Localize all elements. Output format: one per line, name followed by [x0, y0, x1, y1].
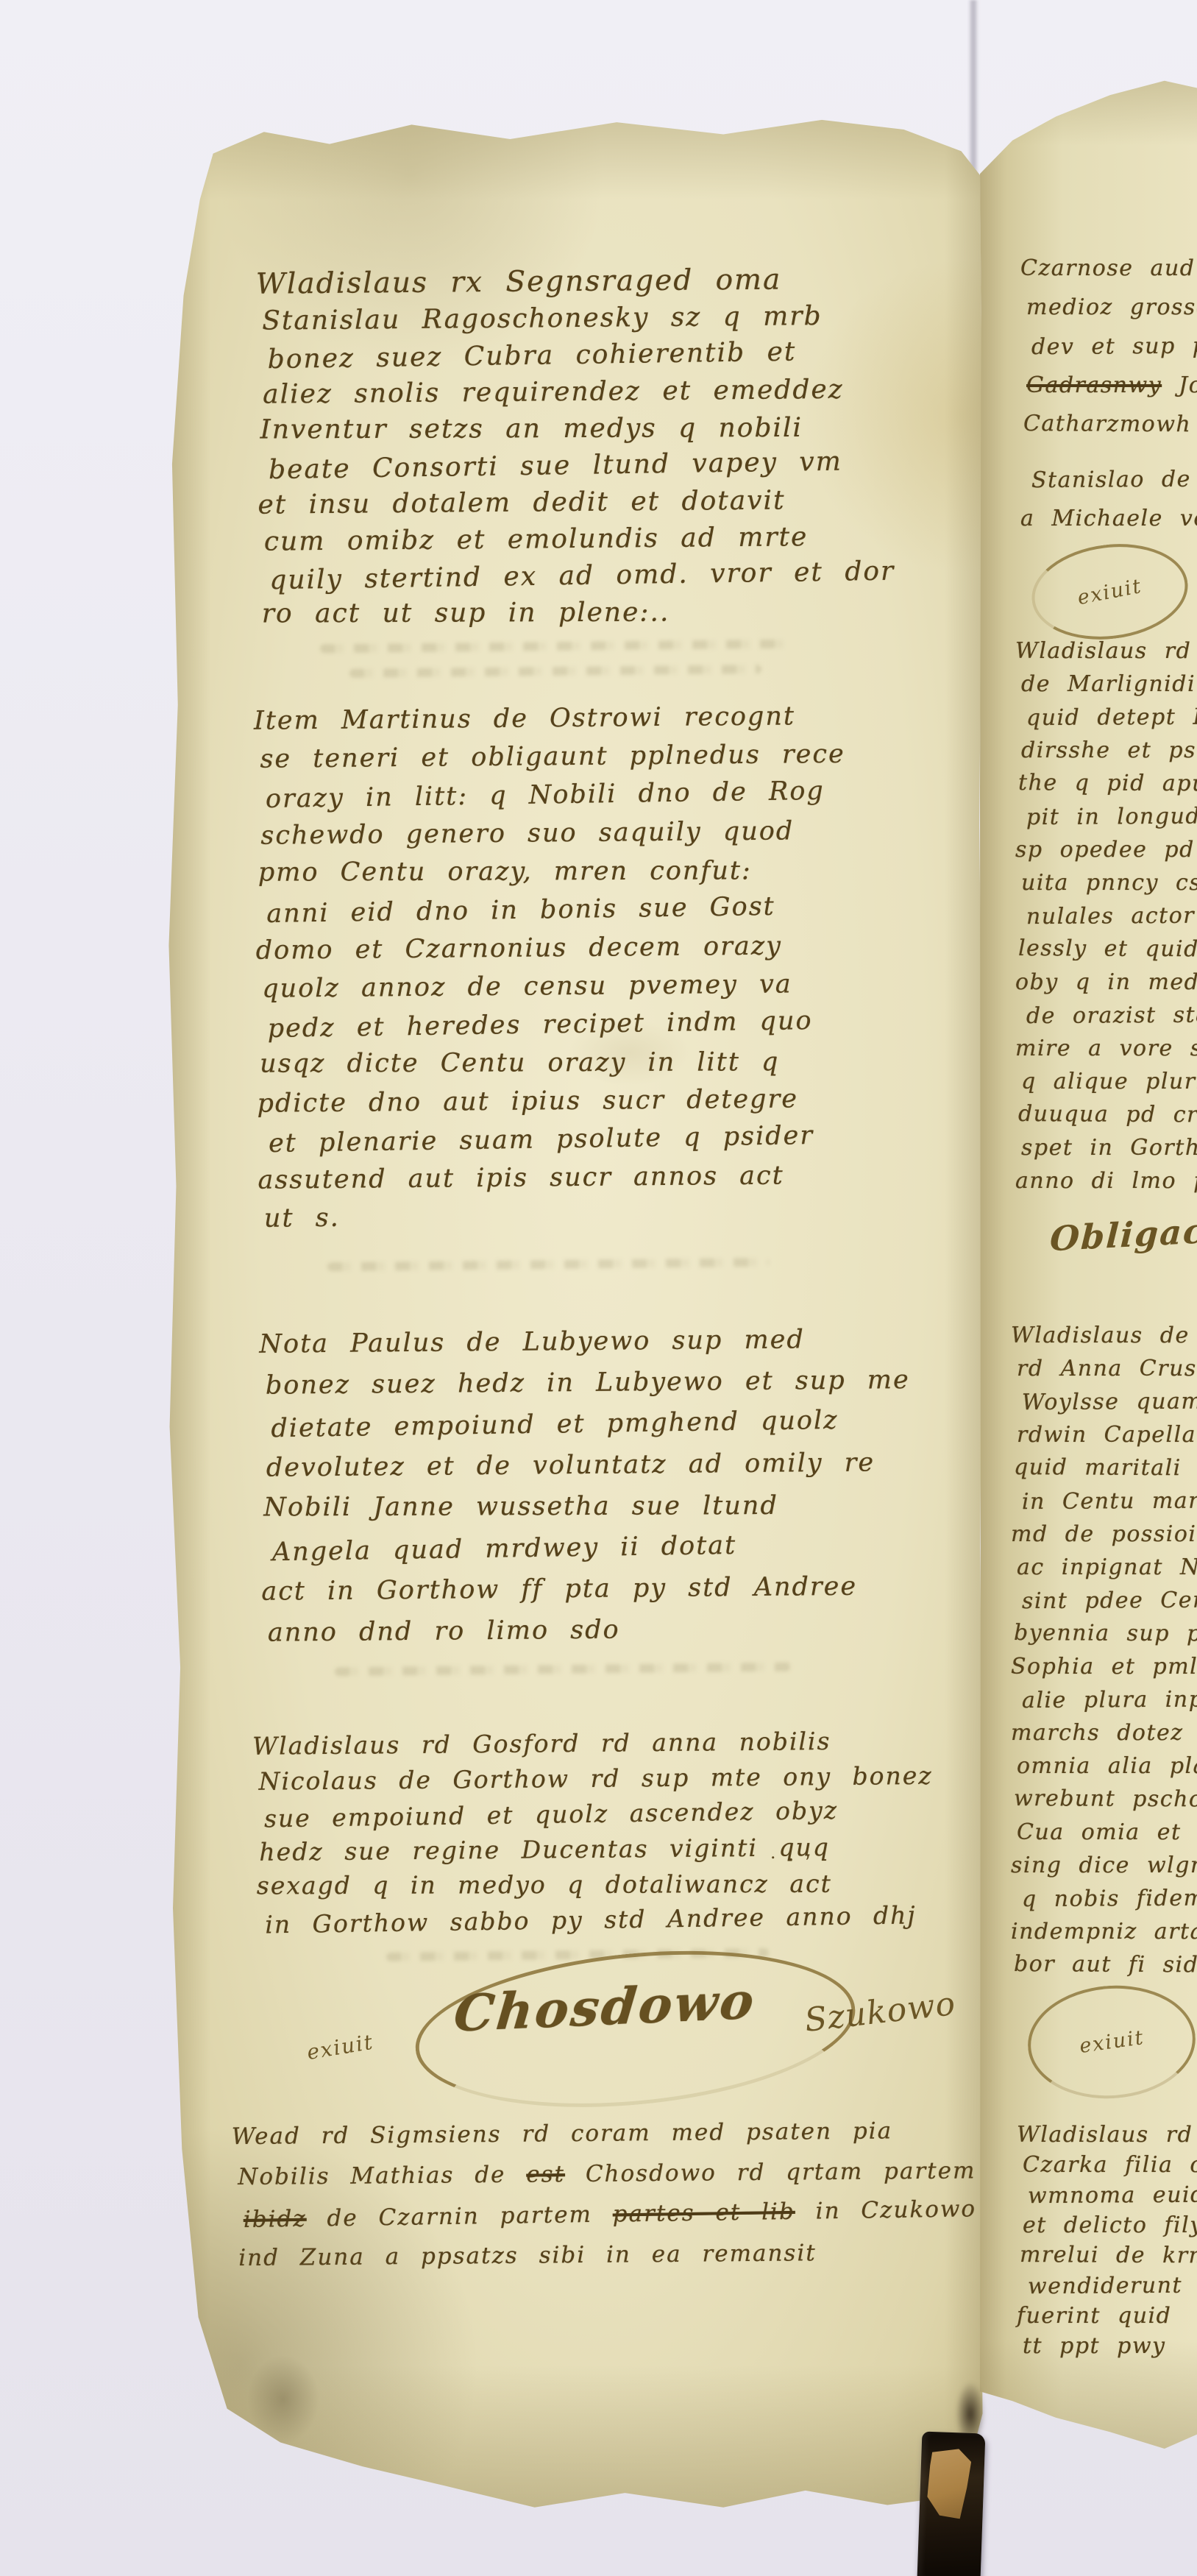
manuscript-line: omnia alia plat: [1011, 1749, 1197, 1783]
right-block-2: Wladislaus rd Sigde Marlignidi R pquid d…: [1015, 634, 1197, 1197]
manuscript-line: Nobili Janne wussetha sue ltund: [260, 1485, 911, 1528]
manuscript-line: aliez snolis requirendez et emeddez: [257, 371, 893, 414]
manuscript-line: et delicto fily s: [1017, 2210, 1197, 2240]
right-block-1: Czarnose aud Jalsud de Emedioz grossop a…: [1020, 249, 1197, 538]
paragraph-4: Wladislaus rd Gosford rd anna nobilisNic…: [252, 1723, 934, 1941]
binding-rod: [917, 2432, 986, 2576]
manuscript-line: Sophia et pmltes: [1011, 1650, 1197, 1683]
manuscript-line: se teneri et obligaunt pplnedus rece: [254, 735, 845, 779]
manuscript-line: rd Anna Crusa: [1011, 1352, 1197, 1385]
right-manuscript-page: Czarnose aud Jalsud de Emedioz grossop a…: [980, 74, 1197, 2458]
exivit-circle-annotation: exiuit: [1026, 535, 1193, 648]
manuscript-line: dietate empoiund et pmghend quolz: [260, 1398, 911, 1449]
manuscript-line: byennia sup ppria: [1011, 1616, 1197, 1651]
manuscript-line: md de possioib et: [1011, 1518, 1197, 1551]
manuscript-line: tt ppt pwy: [1017, 2331, 1197, 2361]
manuscript-line: sint pdee Centu: [1011, 1583, 1197, 1618]
manuscript-line: domo et Czarnonius decem orazy: [256, 927, 848, 970]
manuscript-line: sing dice wlgr A l: [1011, 1849, 1197, 1882]
manuscript-line: Nota Paulus de Lubyewo sup med: [259, 1318, 909, 1365]
manuscript-photo: Wladislaus rx Segnsraged omaStanislau Ra…: [0, 0, 1197, 2576]
manuscript-line: spet in Gorthow: [1015, 1131, 1197, 1164]
manuscript-line: anno dnd ro limo sdo: [262, 1607, 912, 1654]
struck-text: ibidz: [244, 2206, 307, 2233]
manuscript-line: in Centu marc w: [1011, 1484, 1197, 1518]
manuscript-line: q alique pluribz: [1015, 1065, 1197, 1098]
manuscript-line: Woylsse quam Bar: [1011, 1384, 1197, 1419]
manuscript-line: ac inpignat Nas: [1011, 1551, 1197, 1584]
manuscript-line: de Marlignidi R p: [1015, 668, 1197, 701]
binding-rod-worn-patch: [926, 2448, 971, 2519]
right-block-3: Wladislaus de grard Anna CrusaWoylsse qu…: [1011, 1319, 1197, 1981]
text-segment: de Czarnin partem: [306, 2201, 613, 2232]
manuscript-line: wmnoma euidez: [1017, 2179, 1197, 2211]
manuscript-line: alie plura inpign: [1011, 1682, 1197, 1717]
manuscript-line: de orazist stare: [1015, 998, 1197, 1033]
manuscript-line: lessly et quid sup: [1015, 932, 1197, 966]
manuscript-line: usqz dicte Centu orazy in litt q: [257, 1043, 848, 1083]
manuscript-line: Angela quad mrdwey ii dotat: [260, 1522, 912, 1573]
left-manuscript-page: Wladislaus rx Segnsraged omaStanislau Ra…: [166, 103, 986, 2510]
manuscript-line: Czarnose aud Jalsud de E: [1020, 249, 1197, 288]
manuscript-line: Wead rd Sigmsiens rd coram med psaten pi…: [232, 2110, 976, 2157]
manuscript-line: fuerint quid: [1017, 2301, 1197, 2331]
manuscript-line: mrelui de krmin: [1017, 2240, 1197, 2271]
text-segment: Chosdowo rd qrtam partem: [565, 2157, 976, 2187]
manuscript-line: Cua omia et sing: [1011, 1816, 1197, 1849]
manuscript-line: quolz annoz de censu pvemey va: [256, 965, 848, 1008]
manuscript-line: pit in longud et l: [1015, 799, 1197, 834]
manuscript-line: assutend aut ipis sucr annos act: [257, 1156, 849, 1200]
manuscript-line: nulales actor et: [1015, 899, 1197, 933]
manuscript-line: Wladislaus rd b: [1017, 2120, 1197, 2150]
left-page-text: Wladislaus rx Segnsraged omaStanislau Ra…: [155, 99, 996, 2513]
manuscript-line: pedz et heredes recipet indm quo: [256, 1001, 848, 1048]
manuscript-line: anni eid dno in bonis sue Gost: [255, 886, 847, 933]
manuscript-line: act in Gorthow ff pta py std Andree: [261, 1565, 912, 1613]
manuscript-line: uita pnncy cst m: [1015, 866, 1197, 899]
manuscript-line: wrebunt pschop: [1011, 1782, 1197, 1816]
manuscript-line: sp opedee pd omi: [1015, 833, 1197, 866]
manuscript-line: et insu dotalem dedit et dotavit: [257, 481, 894, 524]
manuscript-line: Gadrasnwy Johanne b: [1020, 366, 1197, 405]
manuscript-line: Wladislaus de gra: [1011, 1319, 1197, 1352]
exivit-margin-note: exiuit: [305, 2030, 376, 2065]
manuscript-line: a Michaele vero Lu: [1020, 499, 1197, 538]
paragraph-1: Wladislaus rx Segnsraged omaStanislau Ra…: [256, 261, 895, 634]
manuscript-line: q nobis fidemptr: [1011, 1881, 1197, 1916]
manuscript-line: orazy in litt: q Nobili dno de Rog: [255, 771, 846, 818]
manuscript-line: wendiderunt: [1017, 2270, 1197, 2301]
manuscript-line: dev et sup pmdis duch M: [1020, 326, 1197, 367]
manuscript-line: devolutez et de voluntatz ad omily re: [260, 1442, 911, 1489]
manuscript-line: Stanislao de Rogosowo: [1020, 459, 1197, 500]
manuscript-line: in Gorthow sabbo py std Andree anno dhj: [254, 1897, 934, 1943]
paragraph-2: Item Martinus de Ostrowi recogntse tener…: [254, 697, 850, 1238]
manuscript-line: ut s.: [258, 1195, 850, 1238]
manuscript-line: oby q in medys p: [1015, 966, 1197, 999]
manuscript-line: marchs dotez m: [1011, 1716, 1197, 1749]
manuscript-line: mire a vore so: [1015, 1032, 1197, 1065]
manuscript-line: Catharzmowh Tolia de: [1020, 404, 1197, 445]
manuscript-line: quid detept Plokie: [1015, 700, 1197, 735]
manuscript-line: Wladislaus rd Gosford rd anna nobilis: [252, 1723, 933, 1764]
manuscript-line: medioz grossop ado v: [1020, 288, 1197, 327]
struck-text: Gadrasnwy: [1026, 372, 1162, 398]
manuscript-line: Wladislaus rd Sig: [1015, 634, 1197, 668]
manuscript-line: quily stertind ex ad omd. vror et dor: [258, 553, 895, 600]
text-segment: Nobilis Mathias de: [238, 2162, 526, 2190]
manuscript-line: et plenarie suam psolute q psider: [257, 1116, 849, 1163]
manuscript-line: rdwin Capella in E: [1011, 1418, 1197, 1451]
manuscript-line: bonez suez hedz in Lubyewo et sup me: [260, 1359, 910, 1406]
manuscript-line: anno di lmo p: [1015, 1164, 1197, 1197]
struck-text: est: [526, 2161, 565, 2187]
right-block-4: Wladislaus rd bCzarka filia olimwmnoma e…: [1017, 2120, 1197, 2361]
manuscript-line: bor aut fi sid fre: [1011, 1947, 1197, 1982]
text-segment: in Czukowo: [795, 2195, 977, 2225]
manuscript-line: quid maritali sua: [1011, 1451, 1197, 1485]
paragraph-3: Nota Paulus de Lubyewo sup medbonez suez…: [259, 1318, 912, 1654]
paragraph-5: Wead rd Sigmsiens rd coram med psaten pi…: [232, 2110, 977, 2279]
manuscript-line: pdicte dno aut ipius sucr detegre: [257, 1080, 848, 1123]
manuscript-line: indempniz arta: [1011, 1915, 1197, 1948]
manuscript-line: Inventur setzs an medys q nobili: [257, 409, 894, 448]
manuscript-line: duuqua pd croby q: [1015, 1097, 1197, 1132]
manuscript-line: schewdo genero suo saquily quod: [255, 812, 846, 855]
struck-text: partes et lib: [613, 2198, 796, 2228]
manuscript-line: ro act ut sup in plene:..: [259, 593, 895, 632]
manuscript-line: Czarka filia olim: [1017, 2150, 1197, 2180]
manuscript-line: the q pid apud s: [1015, 766, 1197, 801]
manuscript-line: sexagd q in medyo q dotaliwancz act: [254, 1866, 934, 1903]
exivit-note: exiuit: [1078, 2026, 1146, 2058]
manuscript-line: pmo Centu orazy, mren confut:: [255, 852, 846, 892]
exivit-circle-annotation: exiuit: [1024, 1980, 1197, 2104]
exivit-note: exiuit: [1076, 574, 1144, 609]
manuscript-line: Item Martinus de Ostrowi recognt: [254, 697, 845, 740]
text-segment: Johanne b: [1162, 372, 1197, 398]
manuscript-line: Wladislaus rx Segnsraged oma: [256, 261, 892, 303]
manuscript-line: dirsshe et psnt q: [1015, 734, 1197, 767]
section-heading-obligacio: Obligacio d: [1049, 1207, 1197, 1259]
